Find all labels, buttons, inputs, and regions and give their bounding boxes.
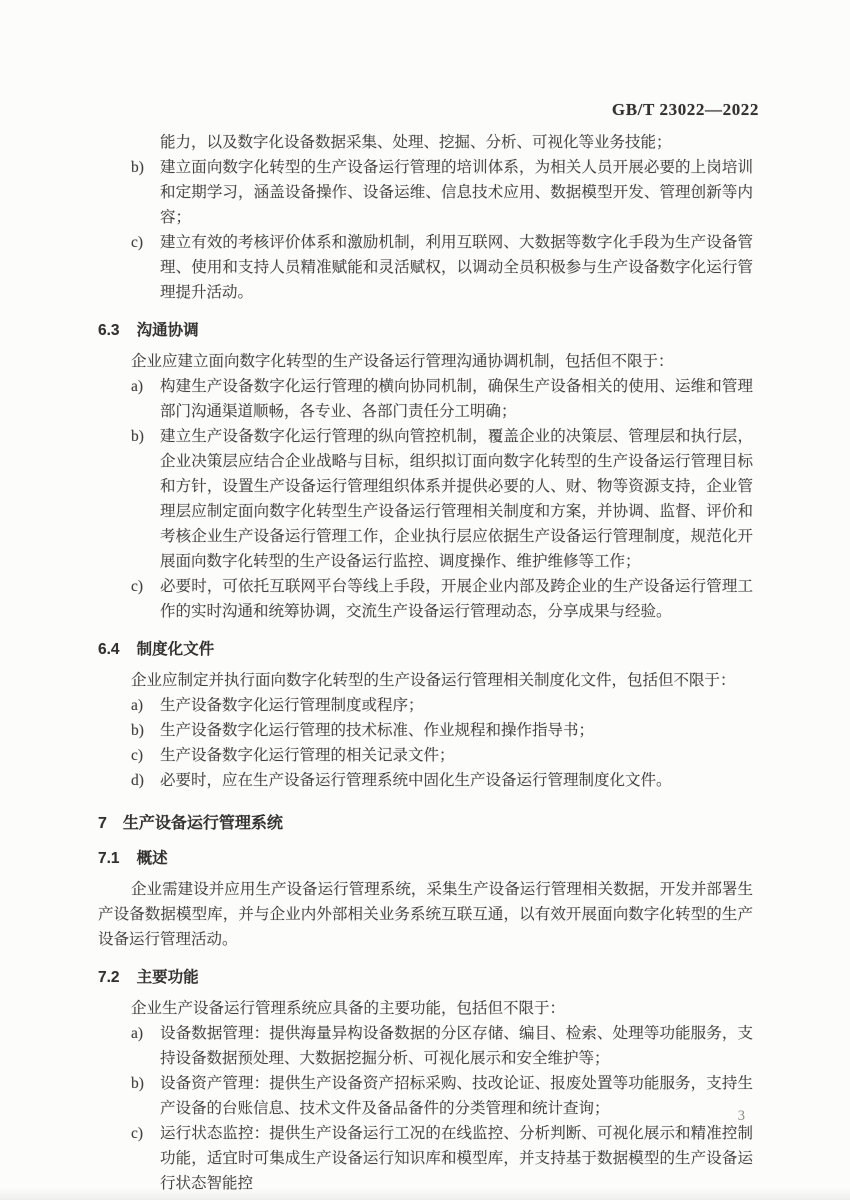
paragraph: 企业生产设备运行管理系统应具备的主要功能，包括但不限于： [98, 996, 753, 1021]
section-title: 制度化文件 [137, 640, 215, 659]
list-item: d) 必要时，应在生产设备运行管理系统中固化生产设备运行管理制度化文件。 [98, 768, 753, 793]
section-heading-7-2: 7.2 主要功能 [98, 968, 753, 987]
list-indent [98, 693, 131, 718]
list-marker: b) [131, 718, 160, 743]
chapter-title: 生产设备运行管理系统 [123, 814, 283, 833]
list-item-text: 生产设备数字化运行管理的技术标准、作业规程和操作指导书； [160, 718, 753, 743]
page-number: 3 [738, 1108, 745, 1125]
list-indent [98, 424, 131, 574]
list-marker: b) [131, 424, 160, 574]
section-number: 6.3 [98, 321, 120, 340]
list-item-text: 必要时，可依托互联网平台等线上手段，开展企业内部及跨企业的生产设备运行管理工作的… [160, 574, 753, 624]
list-item-text: 设备资产管理：提供生产设备资产招标采购、技改论证、报废处置等功能服务，支持生产设… [160, 1071, 753, 1121]
chapter-number: 7 [98, 814, 107, 833]
section-heading-7-1: 7.1 概述 [98, 849, 753, 868]
list-item: c) 运行状态监控：提供生产设备运行工况的在线监控、分析判断、可视化展示和精准控… [98, 1121, 753, 1196]
list-marker: b) [131, 155, 160, 230]
list-marker: c) [131, 1121, 160, 1196]
list-item-text: 运行状态监控：提供生产设备运行工况的在线监控、分析判断、可视化展示和精准控制功能… [160, 1121, 753, 1196]
document-page: GB/T 23022—2022 能力，以及数字化设备数据采集、处理、挖掘、分析、… [0, 0, 850, 1200]
list-item-text: 设备数据管理：提供海量异构设备数据的分区存储、编目、检索、处理等功能服务，支持设… [160, 1021, 753, 1071]
list-item-text: 建立生产设备数字化运行管理的纵向管控机制，覆盖企业的决策层、管理层和执行层，企业… [160, 424, 753, 574]
list-indent [98, 1071, 131, 1121]
list-indent [98, 374, 131, 424]
list-indent [98, 718, 131, 743]
list-item-text: 生产设备数字化运行管理制度或程序； [160, 693, 753, 718]
list-marker: c) [131, 574, 160, 624]
standard-code-header: GB/T 23022—2022 [612, 100, 759, 120]
section-title: 沟通协调 [137, 321, 199, 340]
list-item-text: 生产设备数字化运行管理的相关记录文件； [160, 743, 753, 768]
list-item: b) 建立生产设备数字化运行管理的纵向管控机制，覆盖企业的决策层、管理层和执行层… [98, 424, 753, 574]
section-number: 7.2 [98, 968, 120, 987]
list-marker: a) [131, 693, 160, 718]
list-item: b) 生产设备数字化运行管理的技术标准、作业规程和操作指导书； [98, 718, 753, 743]
list-item-text: 建立有效的考核评价体系和激励机制，利用互联网、大数据等数字化手段为生产设备管理、… [160, 230, 753, 305]
list-item: b) 设备资产管理：提供生产设备资产招标采购、技改论证、报废处置等功能服务，支持… [98, 1071, 753, 1121]
section-heading-6-4: 6.4 制度化文件 [98, 640, 753, 659]
list-item: c) 必要时，可依托互联网平台等线上手段，开展企业内部及跨企业的生产设备运行管理… [98, 574, 753, 624]
list-item: a) 构建生产设备数字化运行管理的横向协同机制，确保生产设备相关的使用、运维和管… [98, 374, 753, 424]
list-item-text: 构建生产设备数字化运行管理的横向协同机制，确保生产设备相关的使用、运维和管理部门… [160, 374, 753, 424]
list-marker: a) [131, 1021, 160, 1071]
list-item: c) 建立有效的考核评价体系和激励机制，利用互联网、大数据等数字化手段为生产设备… [98, 230, 753, 305]
list-item-text: 建立面向数字化转型的生产设备运行管理的培训体系，为相关人员开展必要的上岗培训和定… [160, 155, 753, 230]
section-number: 7.1 [98, 849, 120, 868]
section-number: 6.4 [98, 640, 120, 659]
list-item: c) 生产设备数字化运行管理的相关记录文件； [98, 743, 753, 768]
list-indent [98, 230, 131, 305]
section-title: 概述 [137, 849, 168, 868]
list-item: b) 建立面向数字化转型的生产设备运行管理的培训体系，为相关人员开展必要的上岗培… [98, 155, 753, 230]
list-indent [98, 155, 131, 230]
list-indent [98, 768, 131, 793]
list-marker: b) [131, 1071, 160, 1121]
list-indent [98, 1021, 131, 1071]
list-indent [98, 743, 131, 768]
list-marker: a) [131, 374, 160, 424]
list-item-continuation: 能力，以及数字化设备数据采集、处理、挖掘、分析、可视化等业务技能； [98, 130, 753, 155]
page-body: 能力，以及数字化设备数据采集、处理、挖掘、分析、可视化等业务技能； b) 建立面… [98, 130, 753, 1196]
section-heading-6-3: 6.3 沟通协调 [98, 321, 753, 340]
paragraph: 企业应制定并执行面向数字化转型的生产设备运行管理相关制度化文件，包括但不限于： [98, 668, 753, 693]
section-title: 主要功能 [137, 968, 199, 987]
list-indent [98, 1121, 131, 1196]
list-indent [98, 574, 131, 624]
list-marker: d) [131, 768, 160, 793]
chapter-heading-7: 7 生产设备运行管理系统 [98, 814, 753, 833]
paragraph: 企业应建立面向数字化转型的生产设备运行管理沟通协调机制，包括但不限于： [98, 349, 753, 374]
list-item: a) 设备数据管理：提供海量异构设备数据的分区存储、编目、检索、处理等功能服务，… [98, 1021, 753, 1071]
paragraph: 企业需建设并应用生产设备运行管理系统，采集生产设备运行管理相关数据，开发并部署生… [98, 877, 753, 952]
list-item: a) 生产设备数字化运行管理制度或程序； [98, 693, 753, 718]
list-marker: c) [131, 743, 160, 768]
list-marker: c) [131, 230, 160, 305]
list-item-text: 必要时，应在生产设备运行管理系统中固化生产设备运行管理制度化文件。 [160, 768, 753, 793]
